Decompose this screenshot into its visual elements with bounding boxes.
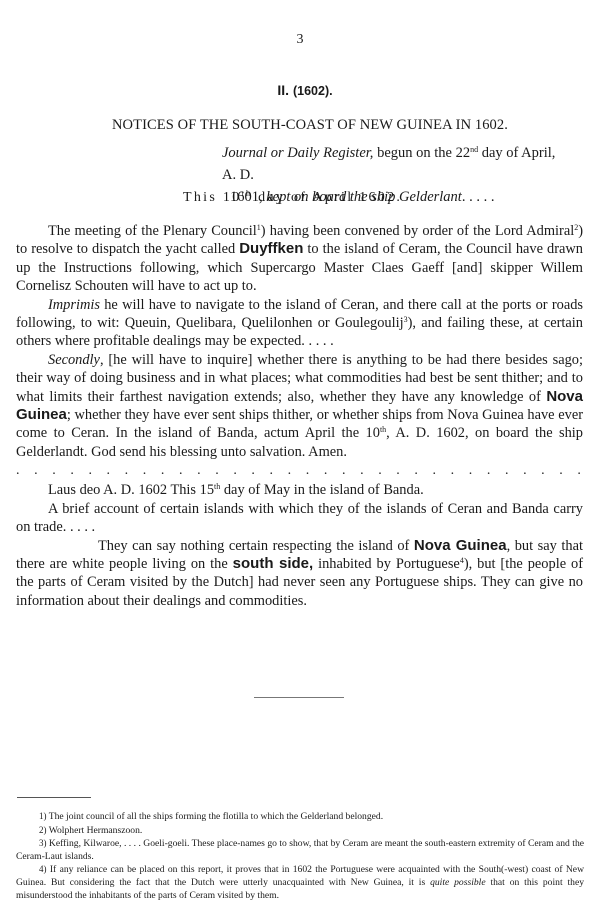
ellipsis-dot: . xyxy=(451,464,455,478)
place-name-nova-guinea-2: Nova Guinea xyxy=(414,537,507,554)
body-text: The meeting of the Plenary Council1) hav… xyxy=(16,222,583,610)
ellipsis-dot: . xyxy=(541,464,545,478)
ellipsis-dot: . xyxy=(125,464,129,478)
ellipsis-dot: . xyxy=(559,464,563,478)
page-number: 3 xyxy=(0,32,600,48)
ellipsis-dot: . xyxy=(414,464,418,478)
ellipsis-dot: . xyxy=(107,464,111,478)
south-side-emphasis: south side, xyxy=(233,555,314,572)
document-page: 3 II. (1602). NOTICES OF THE SOUTH-COAST… xyxy=(0,0,600,913)
paragraph-imprimis: Imprimis he will have to navigate to the… xyxy=(16,296,583,351)
ellipsis-dot: . xyxy=(251,464,255,478)
footnote-separator xyxy=(17,797,91,798)
paragraph-brief-account: A brief account of certain islands with … xyxy=(16,500,583,537)
footnote-3: 3) Keffing, Kilwaroe, . . . . Goeli-goel… xyxy=(16,837,584,863)
ellipsis-dot: . xyxy=(342,464,346,478)
ellipsis-dot: . xyxy=(396,464,400,478)
ellipsis-dot: . xyxy=(197,464,201,478)
ellipsis-dot: . xyxy=(469,464,473,478)
footnotes: 1) The joint council of all the ships fo… xyxy=(16,810,584,902)
ellipsis-dot: . xyxy=(306,464,310,478)
ellipsis-separator: ................................ xyxy=(16,464,583,478)
section-end-rule xyxy=(254,697,344,698)
ellipsis-dot: . xyxy=(288,464,292,478)
ellipsis-dot: . xyxy=(577,464,581,478)
ellipsis-dot: . xyxy=(215,464,219,478)
ellipsis-dot: . xyxy=(270,464,274,478)
footnote-1: 1) The joint council of all the ships fo… xyxy=(16,810,584,824)
ellipsis-dot: . xyxy=(16,464,20,478)
ship-name-duyffken: Duyffken xyxy=(239,240,303,257)
ellipsis-dot: . xyxy=(433,464,437,478)
ellipsis-dot: . xyxy=(378,464,382,478)
paragraph-plenary-council: The meeting of the Plenary Council1) hav… xyxy=(16,222,583,296)
ellipsis-dot: . xyxy=(52,464,56,478)
ellipsis-dot: . xyxy=(487,464,491,478)
paragraph-laus-deo: Laus deo A. D. 1602 This 15th day of May… xyxy=(16,481,583,499)
ellipsis-dot: . xyxy=(179,464,183,478)
chapter-numeral: II. xyxy=(277,82,289,98)
paragraph-nova-guinea-report: They can say nothing certain respecting … xyxy=(16,537,583,611)
ellipsis-dot: . xyxy=(324,464,328,478)
ellipsis-dot: . xyxy=(523,464,527,478)
chapter-heading: II. (1602). xyxy=(0,82,600,98)
section-title: NOTICES OF THE SOUTH-COAST OF NEW GUINEA… xyxy=(80,117,540,134)
journal-intro-line-1: Journal or Daily Register, begun on the … xyxy=(222,142,558,186)
ellipsis-dot: . xyxy=(233,464,237,478)
ellipsis-dot: . xyxy=(70,464,74,478)
date-line: This 10th day of April 1602. xyxy=(183,190,402,206)
journal-title: Journal or Daily Register, xyxy=(222,145,373,161)
footnote-4: 4) If any reliance can be placed on this… xyxy=(16,863,584,902)
ellipsis-dot: . xyxy=(360,464,364,478)
chapter-year: (1602). xyxy=(293,84,333,98)
ellipsis-dot: . xyxy=(143,464,147,478)
ellipsis-dot: . xyxy=(34,464,38,478)
ellipsis-dot: . xyxy=(88,464,92,478)
paragraph-secondly: Secondly, [he will have to inquire] whet… xyxy=(16,351,583,461)
ellipsis-dot: . xyxy=(161,464,165,478)
footnote-2: 2) Wolphert Hermanszoon. xyxy=(16,824,584,838)
ellipsis-dot: . xyxy=(505,464,509,478)
